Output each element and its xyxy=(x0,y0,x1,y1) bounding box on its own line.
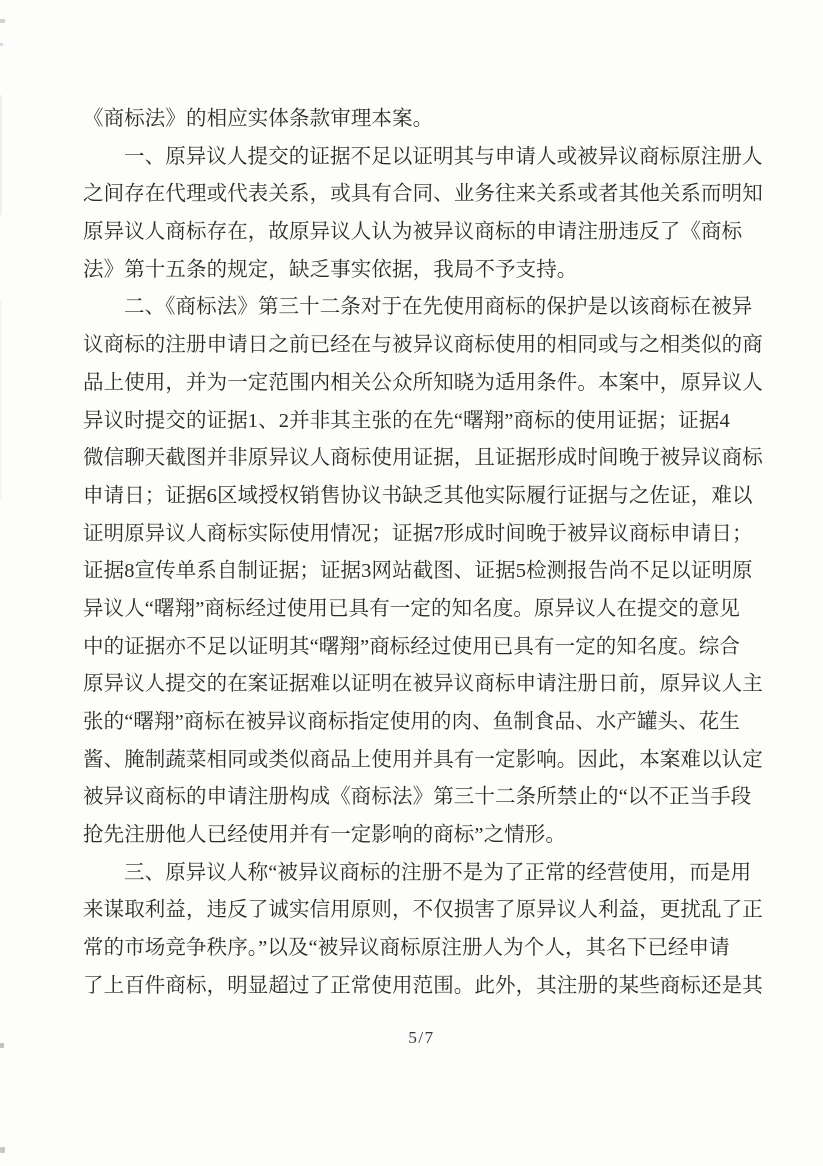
paragraph-start-line: 二、《商标法》第三十二条对于在先使用商标的保护是以该商标在被异 xyxy=(83,289,757,327)
text-line: 议商标的注册申请日之前已经在与被异议商标使用的相同或与之相类似的商 xyxy=(83,327,757,365)
scanned-document-page: 《商标法》的相应实体条款审理本案。 一、原异议人提交的证据不足以证明其与申请人或… xyxy=(0,0,823,1166)
text-line: 常的市场竞争秩序。”以及“被异议商标原注册人为个人，其名下已经申请 xyxy=(83,930,757,968)
scan-artifact xyxy=(0,19,5,23)
scan-artifact xyxy=(0,300,2,500)
text-line: 异议时提交的证据1、2并非其主张的在先“曙翔”商标的使用证据；证据4 xyxy=(83,403,757,441)
text-line: 了上百件商标，明显超过了正常使用范围。此外，其注册的某些商标还是其 xyxy=(83,968,757,1006)
text-line: 申请日；证据6区域授权销售协议书缺乏其他实际履行证据与之佐证，难以 xyxy=(83,478,757,516)
text-line: 品上使用，并为一定范围内相关公众所知晓为适用条件。本案中，原异议人 xyxy=(83,365,757,403)
text-line: 微信聊天截图并非原异议人商标使用证据，且证据形成时间晚于被异议商标 xyxy=(83,440,757,478)
page-footer: 5/7 xyxy=(0,1028,823,1048)
text-line: 异议人“曙翔”商标经过使用已具有一定的知名度。原异议人在提交的意见 xyxy=(83,591,757,629)
text-line: 张的“曙翔”商标在被异议商标指定使用的肉、鱼制食品、水产罐头、花生 xyxy=(83,704,757,742)
text-line: 《商标法》的相应实体条款审理本案。 xyxy=(83,101,757,139)
paragraph-start-line: 一、原异议人提交的证据不足以证明其与申请人或被异议商标原注册人 xyxy=(83,139,757,177)
text-line: 证明原异议人商标实际使用情况；证据7形成时间晚于被异议商标申请日； xyxy=(83,516,757,554)
text-line: 原异议人提交的在案证据难以证明在被异议商标申请注册日前，原异议人主 xyxy=(83,666,757,704)
text-line: 证据8宣传单系自制证据；证据3网站截图、证据5检测报告尚不足以证明原 xyxy=(83,553,757,591)
text-line: 之间存在代理或代表关系，或具有合同、业务往来关系或者其他关系而明知 xyxy=(83,176,757,214)
scan-artifact xyxy=(0,43,3,46)
document-body: 《商标法》的相应实体条款审理本案。 一、原异议人提交的证据不足以证明其与申请人或… xyxy=(83,101,757,1006)
scan-artifact xyxy=(0,1147,5,1153)
scan-artifact xyxy=(0,95,2,215)
text-line: 抢先注册他人已经使用并有一定影响的商标”之情形。 xyxy=(83,817,757,855)
text-line: 被异议商标的申请注册构成《商标法》第三十二条所禁止的“以不正当手段 xyxy=(83,779,757,817)
paragraph-start-line: 三、原异议人称“被异议商标的注册不是为了正常的经营使用，而是用 xyxy=(83,855,757,893)
text-line: 中的证据亦不足以证明其“曙翔”商标经过使用已具有一定的知名度。综合 xyxy=(83,629,757,667)
page-number: 5/7 xyxy=(408,1028,434,1048)
text-line: 法》第十五条的规定，缺乏事实依据，我局不予支持。 xyxy=(83,252,757,290)
text-line: 原异议人商标存在，故原异议人认为被异议商标的申请注册违反了《商标 xyxy=(83,214,757,252)
text-line: 来谋取利益，违反了诚实信用原则，不仅损害了原异议人利益，更扰乱了正 xyxy=(83,892,757,930)
text-line: 酱、腌制蔬菜相同或类似商品上使用并具有一定影响。因此，本案难以认定 xyxy=(83,742,757,780)
